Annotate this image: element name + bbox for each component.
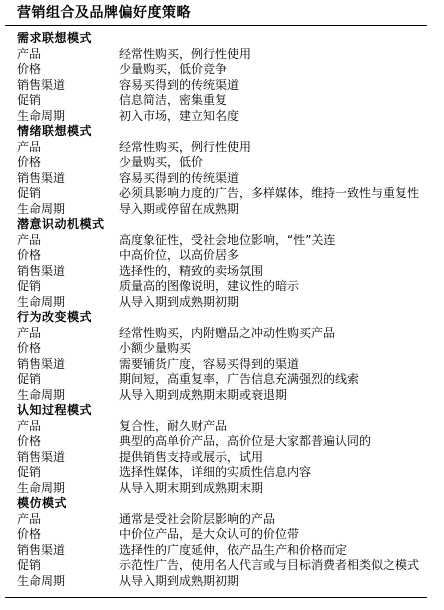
row-label: 销售渠道 xyxy=(17,543,119,559)
row-value: 高度象征性，受社会地位影响，“性”关连 xyxy=(119,233,444,249)
table-row: 销售渠道 选择性的广度延伸，依产品生产和价格而定 xyxy=(17,543,444,559)
row-label: 生命周期 xyxy=(17,109,119,125)
table-row: 产品 经常性购买，内附赠品之冲动性购买产品 xyxy=(17,326,444,342)
row-label: 销售渠道 xyxy=(17,171,119,187)
row-value: 容易买得到的传统渠道 xyxy=(119,171,444,187)
section-emotion-association: 情绪联想模式 产品 经常性购买，例行性使用 价格 少量购买，低价 销售渠道 容易… xyxy=(17,124,444,217)
row-label: 生命周期 xyxy=(17,574,119,590)
section-header: 情绪联想模式 xyxy=(17,124,444,140)
row-value: 中高价位，以高价居多 xyxy=(119,248,444,264)
row-value: 选择性的，精致的卖场氛围 xyxy=(119,264,444,280)
table-row: 促销 期间短，高重复率，广告信息充满强烈的线索 xyxy=(17,372,444,388)
row-value: 典型的高单价产品，高价位是大家都普遍认同的 xyxy=(119,434,444,450)
table-row: 价格 典型的高单价产品，高价位是大家都普遍认同的 xyxy=(17,434,444,450)
section-header: 行为改变模式 xyxy=(17,310,444,326)
row-label: 生命周期 xyxy=(17,388,119,404)
row-label: 价格 xyxy=(17,62,119,78)
table-row: 产品 经常性购买，例行性使用 xyxy=(17,47,444,63)
row-label: 产品 xyxy=(17,233,119,249)
section-header: 需求联想模式 xyxy=(17,31,444,47)
section-cognitive-process: 认知过程模式 产品 复合性，耐久财产品 价格 典型的高单价产品，高价位是大家都普… xyxy=(17,403,444,496)
row-value: 少量购买，低价 xyxy=(119,155,444,171)
row-label: 价格 xyxy=(17,248,119,264)
row-label: 价格 xyxy=(17,527,119,543)
section-header: 认知过程模式 xyxy=(17,403,444,419)
row-value: 从导入期到成熟期初期 xyxy=(119,295,444,311)
row-label: 促销 xyxy=(17,372,119,388)
row-value: 信息简洁，密集重复 xyxy=(119,93,444,109)
section-behavior-change: 行为改变模式 产品 经常性购买，内附赠品之冲动性购买产品 价格 小额少量购买 销… xyxy=(17,310,444,403)
table-row: 价格 少量购买，低价竞争 xyxy=(17,62,444,78)
row-label: 价格 xyxy=(17,434,119,450)
table-row: 生命周期 导入期或停留在成熟期 xyxy=(17,202,444,218)
table-row: 促销 示范性广告，使用名人代言或与目标消费者相类似之模式 xyxy=(17,558,444,574)
row-label: 产品 xyxy=(17,419,119,435)
page-title: 营销组合及品牌偏好度策略 xyxy=(0,0,444,22)
section-subconscious-motivation: 潜意识动机模式 产品 高度象征性，受社会地位影响，“性”关连 价格 中高价位，以… xyxy=(17,217,444,310)
row-label: 生命周期 xyxy=(17,481,119,497)
row-value: 质量高的图像说明，建议性的暗示 xyxy=(119,279,444,295)
table-row: 生命周期 从导入期末期到成熟期末期 xyxy=(17,481,444,497)
table-row: 生命周期 初入市场，建立知名度 xyxy=(17,109,444,125)
row-value: 选择性媒体，详细的实质性信息内容 xyxy=(119,465,444,481)
bottom-divider xyxy=(5,597,427,598)
document-page: 营销组合及品牌偏好度策略 需求联想模式 产品 经常性购买，例行性使用 价格 少量… xyxy=(0,0,444,610)
row-label: 促销 xyxy=(17,558,119,574)
row-value: 容易买得到的传统渠道 xyxy=(119,78,444,94)
row-label: 价格 xyxy=(17,155,119,171)
table-row: 价格 中高价位，以高价居多 xyxy=(17,248,444,264)
row-label: 生命周期 xyxy=(17,295,119,311)
row-value: 从导入期到成熟期初期 xyxy=(119,574,444,590)
table-row: 产品 高度象征性，受社会地位影响，“性”关连 xyxy=(17,233,444,249)
row-value: 经常性购买，例行性使用 xyxy=(119,140,444,156)
row-label: 促销 xyxy=(17,279,119,295)
row-label: 促销 xyxy=(17,186,119,202)
row-value: 初入市场，建立知名度 xyxy=(119,109,444,125)
row-label: 产品 xyxy=(17,512,119,528)
row-value: 经常性购买，例行性使用 xyxy=(119,47,444,63)
table-row: 生命周期 从导入期到成熟期初期 xyxy=(17,295,444,311)
row-label: 销售渠道 xyxy=(17,264,119,280)
row-label: 销售渠道 xyxy=(17,450,119,466)
row-value: 必须具影响力度的广告，多样媒体，维持一致性与重复性 xyxy=(119,186,444,202)
row-label: 产品 xyxy=(17,140,119,156)
row-value: 少量购买，低价竞争 xyxy=(119,62,444,78)
table-row: 销售渠道 容易买得到的传统渠道 xyxy=(17,171,444,187)
row-value: 从导入期到成熟期末期或衰退期 xyxy=(119,388,444,404)
table-row: 销售渠道 容易买得到的传统渠道 xyxy=(17,78,444,94)
table-row: 促销 质量高的图像说明，建议性的暗示 xyxy=(17,279,444,295)
table-row: 产品 复合性，耐久财产品 xyxy=(17,419,444,435)
row-value: 示范性广告，使用名人代言或与目标消费者相类似之模式 xyxy=(119,558,444,574)
table-row: 价格 小额少量购买 xyxy=(17,341,444,357)
row-value: 选择性的广度延伸，依产品生产和价格而定 xyxy=(119,543,444,559)
table-row: 产品 通常是受社会阶层影响的产品 xyxy=(17,512,444,528)
table-row: 生命周期 从导入期到成熟期初期 xyxy=(17,574,444,590)
row-value: 需要铺货广度，容易买得到的渠道 xyxy=(119,357,444,373)
row-label: 促销 xyxy=(17,93,119,109)
row-value: 提供销售支持或展示，试用 xyxy=(119,450,444,466)
table-row: 产品 经常性购买，例行性使用 xyxy=(17,140,444,156)
table-row: 销售渠道 选择性的，精致的卖场氛围 xyxy=(17,264,444,280)
row-value: 经常性购买，内附赠品之冲动性购买产品 xyxy=(119,326,444,342)
row-label: 销售渠道 xyxy=(17,357,119,373)
table-row: 生命周期 从导入期到成熟期末期或衰退期 xyxy=(17,388,444,404)
row-label: 产品 xyxy=(17,47,119,63)
section-demand-association: 需求联想模式 产品 经常性购买，例行性使用 价格 少量购买，低价竞争 销售渠道 … xyxy=(17,31,444,124)
table-row: 促销 选择性媒体，详细的实质性信息内容 xyxy=(17,465,444,481)
table-row: 促销 必须具影响力度的广告，多样媒体，维持一致性与重复性 xyxy=(17,186,444,202)
row-label: 销售渠道 xyxy=(17,78,119,94)
row-value: 中价位产品，是大众认可的价位带 xyxy=(119,527,444,543)
strategy-table: 需求联想模式 产品 经常性购买，例行性使用 价格 少量购买，低价竞争 销售渠道 … xyxy=(0,26,444,589)
row-value: 从导入期末期到成熟期末期 xyxy=(119,481,444,497)
table-row: 价格 少量购买，低价 xyxy=(17,155,444,171)
section-imitation: 模仿模式 产品 通常是受社会阶层影响的产品 价格 中价位产品，是大众认可的价位带… xyxy=(17,496,444,589)
row-label: 促销 xyxy=(17,465,119,481)
table-row: 价格 中价位产品，是大众认可的价位带 xyxy=(17,527,444,543)
section-header: 潜意识动机模式 xyxy=(17,217,444,233)
table-row: 促销 信息简洁，密集重复 xyxy=(17,93,444,109)
row-value: 复合性，耐久财产品 xyxy=(119,419,444,435)
row-label: 生命周期 xyxy=(17,202,119,218)
table-row: 销售渠道 提供销售支持或展示，试用 xyxy=(17,450,444,466)
row-value: 期间短，高重复率，广告信息充满强烈的线索 xyxy=(119,372,444,388)
row-value: 导入期或停留在成熟期 xyxy=(119,202,444,218)
row-label: 价格 xyxy=(17,341,119,357)
row-label: 产品 xyxy=(17,326,119,342)
row-value: 通常是受社会阶层影响的产品 xyxy=(119,512,444,528)
table-row: 销售渠道 需要铺货广度，容易买得到的渠道 xyxy=(17,357,444,373)
section-header: 模仿模式 xyxy=(17,496,444,512)
row-value: 小额少量购买 xyxy=(119,341,444,357)
